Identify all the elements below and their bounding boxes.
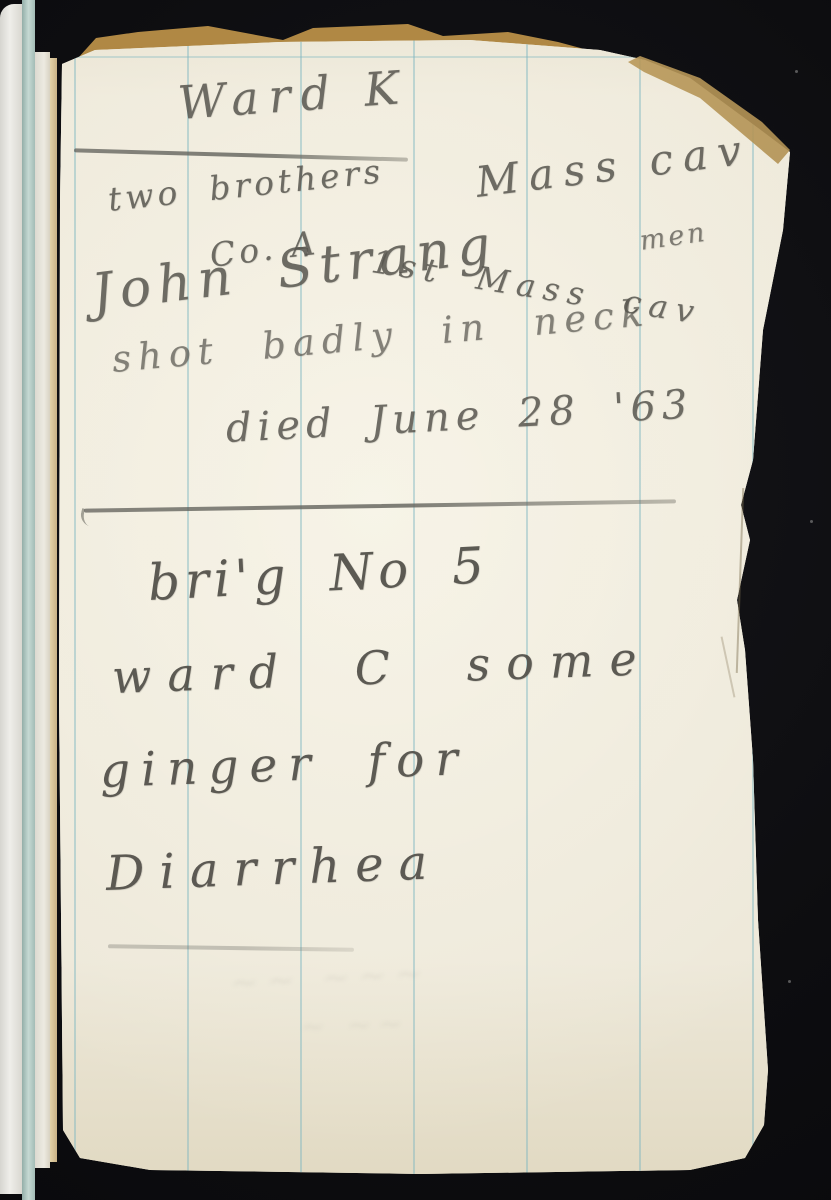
facing-page-edge (0, 4, 22, 1194)
line-diarrhea: Diarrhea (105, 834, 443, 902)
binding-cloth-edge (22, 0, 35, 1200)
dust-speck (810, 520, 813, 523)
show-through-marks: ~ ~~ (299, 1006, 409, 1045)
dust-speck (788, 980, 791, 983)
page-edge-tan-strip (50, 58, 57, 1162)
page-stack-edge (35, 52, 50, 1168)
top-ruled-line (60, 56, 786, 58)
dust-speck (795, 70, 798, 73)
scanned-notebook-photo: Ward K two brothers Mass cav men Co. A 1… (0, 0, 831, 1200)
